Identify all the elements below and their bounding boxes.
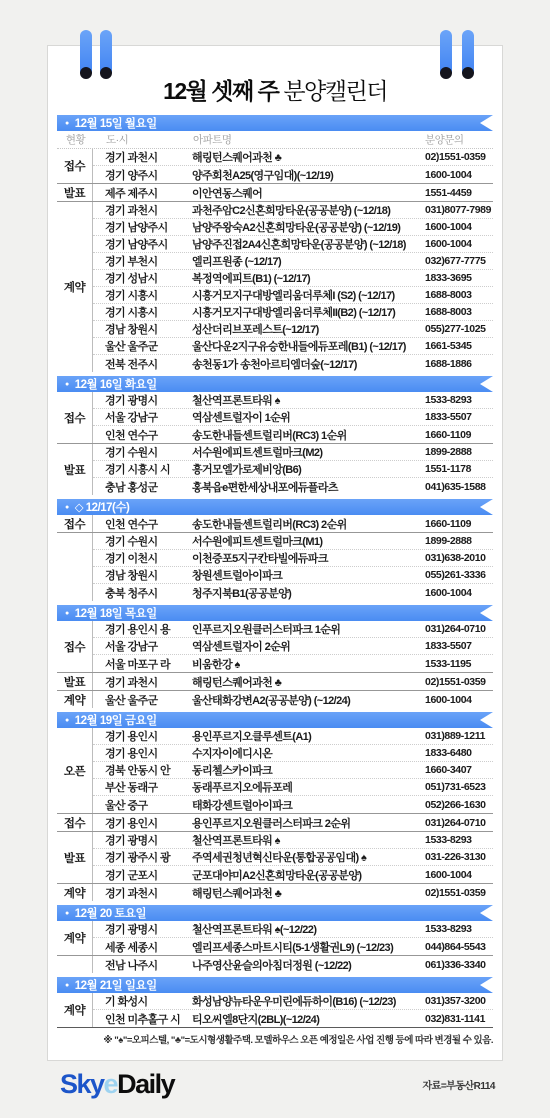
day-banner: ●12월 19일 금요일 xyxy=(57,712,493,728)
status-group: 접수경기 과천시해링턴스퀘어과천 ♣02)1551-0359경기 양주시양주회천… xyxy=(57,149,493,183)
day-label: 12월 16일 화요일 xyxy=(75,376,157,392)
phone-cell: 1661-5345 xyxy=(425,340,493,352)
city-cell: 경기 양주시 xyxy=(105,167,192,183)
listing-row: 경기 양주시양주회천A25(영구임대)(~12/19)1600-1004 xyxy=(93,166,493,183)
city-cell: 경기 광명시 xyxy=(105,921,192,937)
bullet-icon: ● xyxy=(65,717,69,724)
group-rows: 경기 수원시서수원에피트센트럴마크(M1)1899-2888경기 이천시이천증포… xyxy=(93,533,493,601)
city-cell: 경기 광주시 광 xyxy=(105,849,192,865)
day-section: ●12월 21일 일요일계약기 화성시화성남양뉴타운우미린에듀하이(B16) (… xyxy=(57,977,493,1027)
phone-cell: 055)261-3336 xyxy=(425,569,493,581)
apartment-cell: 수지자이에디시온 xyxy=(192,745,425,761)
column-apartment: 아파트명 xyxy=(193,132,425,147)
apartment-cell: 엘리프원종 (~12/17) xyxy=(192,253,425,269)
logo-sky: Sky xyxy=(60,1069,104,1099)
apartment-cell: 남양주진접2A4신혼희망타운(공공분양) (~12/18) xyxy=(192,236,425,252)
city-cell: 제주 제주시 xyxy=(105,185,192,201)
apartment-cell: 태화강센트럴아이파크 xyxy=(192,797,425,813)
city-cell: 경기 과천시 xyxy=(105,149,192,165)
group-rows: 경기 광명시철산역프론트타워 ♠(~12/22)1533-8293세종 세종시엘… xyxy=(93,921,493,955)
group-rows: 경기 과천시해링턴스퀘어과천 ♣02)1551-0359 xyxy=(93,884,493,901)
listing-row: 경기 남양주시남양주진접2A4신혼희망타운(공공분양) (~12/18)1600… xyxy=(93,236,493,253)
group-rows: 경기 용인시용인푸르지오원클러스터파크 2순위031)264-0710 xyxy=(93,814,493,831)
city-cell: 인천 미추홀구 시 xyxy=(105,1011,192,1027)
day-section: ●12월 19일 금요일오픈경기 용인시용인푸르지오클루센트(A1)031)88… xyxy=(57,712,493,901)
day-section: ●12월 16일 화요일접수경기 광명시철산역프론트타워 ♠1533-8293서… xyxy=(57,376,493,495)
listing-row: 경기 용인시수지자이에디시온1833-6480 xyxy=(93,745,493,762)
group-rows: 경기 수원시서수원에피트센트럴마크(M2)1899-2888경기 시흥시 시흥거… xyxy=(93,444,493,495)
apartment-cell: 송도한내들센트럴리버(RC3) 1순위 xyxy=(192,427,425,443)
group-rows: 전남 나주시나주영산윤슬의아침더정원 (~12/22)061)336-3340 xyxy=(93,956,493,973)
status-label: 계약 xyxy=(57,884,93,901)
status-group: 계약경기 과천시과천주암C2신혼희망타운(공공분양) (~12/18)031)8… xyxy=(57,201,493,372)
group-rows: 경기 용인시용인푸르지오클루센트(A1)031)889-1211경기 용인시수지… xyxy=(93,728,493,813)
listing-row: 경기 시흥시시흥거모지구대방엘리움더루체II(B2) (~12/17)1688-… xyxy=(93,304,493,321)
city-cell: 경기 남양주시 xyxy=(105,236,192,252)
listing-row: 서울 마포구 라비움한강 ♠1533-1195 xyxy=(93,655,493,672)
phone-cell: 031)638-2010 xyxy=(425,552,493,564)
day-label: 12월 20 토요일 xyxy=(75,905,146,921)
phone-cell: 1600-1004 xyxy=(425,869,493,881)
day-banner: ●12월 18일 목요일 xyxy=(57,605,493,621)
city-cell: 충북 청주시 xyxy=(105,585,192,601)
apartment-cell: 서수원에피트센트럴마크(M1) xyxy=(192,533,425,549)
phone-cell: 031)264-0710 xyxy=(425,623,493,635)
apartment-cell: 흥거모엘가로제비앙(B6) xyxy=(192,461,425,477)
apartment-cell: 용인푸르지오원클러스터파크 2순위 xyxy=(192,815,425,831)
status-group: 발표제주 제주시이안연동스퀘어1551-4459 xyxy=(57,183,493,201)
binder-clip-icon xyxy=(80,30,92,77)
city-cell: 경기 과천시 xyxy=(105,202,192,218)
city-cell: 경기 이천시 xyxy=(105,550,192,566)
status-group: 발표경기 과천시해링턴스퀘어과천 ♣02)1551-0359 xyxy=(57,672,493,690)
apartment-cell: 철산역프론트타워 ♠(~12/22) xyxy=(192,921,425,937)
day-banner: ●12월 16일 화요일 xyxy=(57,376,493,392)
phone-cell: 1833-3695 xyxy=(425,272,493,284)
city-cell: 경기 용인시 xyxy=(105,815,192,831)
city-cell: 울산 울주군 xyxy=(105,338,192,354)
phone-cell: 1899-2888 xyxy=(425,446,493,458)
skyedaily-logo: SkyeDaily xyxy=(60,1071,174,1098)
listing-row: 기 화성시화성남양뉴타운우미린에듀하이(B16) (~12/23)031)357… xyxy=(93,993,493,1010)
city-cell: 경기 부천시 xyxy=(105,253,192,269)
bullet-icon: ● xyxy=(65,610,69,617)
apartment-cell: 역삼센트럴자이 2순위 xyxy=(192,638,425,654)
city-cell: 경남 창원시 xyxy=(105,567,192,583)
bullet-icon: ● xyxy=(65,120,69,127)
city-cell: 경기 과천시 xyxy=(105,885,192,901)
phone-cell: 031)357-3200 xyxy=(425,995,493,1007)
listing-row: 울산 중구태화강센트럴아이파크052)266-1630 xyxy=(93,796,493,813)
apartment-cell: 성산더리브포레스트(~12/17) xyxy=(192,321,425,337)
apartment-cell: 시흥거모지구대방엘리움더루체II(B2) (~12/17) xyxy=(192,304,425,320)
status-group: 접수경기 용인시용인푸르지오원클러스터파크 2순위031)264-0710 xyxy=(57,813,493,831)
status-group: 접수경기 용인시 용인푸르지오원클러스터파크 1순위031)264-0710서울… xyxy=(57,621,493,672)
listing-row: 경기 광명시철산역프론트타워 ♠1533-8293 xyxy=(93,392,493,409)
phone-cell: 061)336-3340 xyxy=(425,959,493,971)
bullet-icon: ● xyxy=(65,381,69,388)
phone-cell: 1688-1886 xyxy=(425,358,493,370)
city-cell: 울산 울주군 xyxy=(105,692,192,708)
day-banner: ●12월 20 토요일 xyxy=(57,905,493,921)
city-cell: 충남 홍성군 xyxy=(105,479,192,495)
apartment-cell: 송도한내들센트럴리버(RC3) 2순위 xyxy=(192,516,425,532)
apartment-cell: 동래푸르지오에듀포레 xyxy=(192,779,425,795)
column-status: 현황 xyxy=(57,132,94,147)
status-label: 접수 xyxy=(57,149,93,183)
day-label: 12월 19일 금요일 xyxy=(75,712,157,728)
apartment-cell: 해링턴스퀘어과천 ♣ xyxy=(192,674,425,690)
group-rows: 인천 연수구송도한내들센트럴리버(RC3) 2순위1660-1109 xyxy=(93,515,493,532)
listing-row: 경북 안동시 안동리첼스카이파크1660-3407 xyxy=(93,762,493,779)
listing-row: 서울 강남구역삼센트럴자이 1순위1833-5507 xyxy=(93,409,493,426)
city-cell: 경기 광명시 xyxy=(105,832,192,848)
listing-row: 전북 전주시송천동1가 송천아르티엠더숲(~12/17)1688-1886 xyxy=(93,355,493,372)
apartment-cell: 철산역프론트타워 ♠ xyxy=(192,832,425,848)
status-group: 발표경기 광명시철산역프론트타워 ♠1533-8293경기 광주시 광주역세권청… xyxy=(57,831,493,883)
apartment-cell: 해링턴스퀘어과천 ♣ xyxy=(192,885,425,901)
day-section: ●12월 18일 목요일접수경기 용인시 용인푸르지오원클러스터파크 1순위03… xyxy=(57,605,493,708)
listing-row: 제주 제주시이안연동스퀘어1551-4459 xyxy=(93,184,493,201)
day-section: ●◇ 12/17(수)접수인천 연수구송도한내들센트럴리버(RC3) 2순위16… xyxy=(57,499,493,601)
apartment-cell: 철산역프론트타워 ♠ xyxy=(192,392,425,408)
phone-cell: 051)731-6523 xyxy=(425,781,493,793)
phone-cell: 041)635-1588 xyxy=(425,481,493,493)
binder-clip-icon xyxy=(462,30,474,77)
status-group: 오픈경기 용인시용인푸르지오클루센트(A1)031)889-1211경기 용인시… xyxy=(57,728,493,813)
phone-cell: 1660-1109 xyxy=(425,518,493,530)
city-cell: 경기 시흥시 xyxy=(105,287,192,303)
group-rows: 경기 과천시해링턴스퀘어과천 ♣02)1551-0359 xyxy=(93,673,493,690)
phone-cell: 02)1551-0359 xyxy=(425,887,493,899)
city-cell: 전북 전주시 xyxy=(105,356,192,372)
city-cell: 경기 용인시 xyxy=(105,745,192,761)
status-group: 계약울산 울주군울산태화강변A2(공공분양) (~12/24)1600-1004 xyxy=(57,690,493,708)
apartment-cell: 이천증포5지구칸타빌에듀파크 xyxy=(192,550,425,566)
apartment-cell: 서수원에피트센트럴마크(M2) xyxy=(192,444,425,460)
city-cell: 세종 세종시 xyxy=(105,939,192,955)
status-label: 접수 xyxy=(57,392,93,443)
day-label: 12월 18일 목요일 xyxy=(75,605,157,621)
apartment-cell: 나주영산윤슬의아침더정원 (~12/22) xyxy=(192,957,425,973)
apartment-cell: 양주회천A25(영구임대)(~12/19) xyxy=(192,167,425,183)
city-cell: 서울 마포구 라 xyxy=(105,656,192,672)
listing-row: 울산 울주군울산다운2지구유승한내들에듀포레(B1) (~12/17)1661-… xyxy=(93,338,493,355)
apartment-cell: 창원센트럴아이파크 xyxy=(192,567,425,583)
apartment-cell: 역삼센트럴자이 1순위 xyxy=(192,409,425,425)
listing-row: 부산 동래구동래푸르지오에듀포레051)731-6523 xyxy=(93,779,493,796)
phone-cell: 1660-1109 xyxy=(425,429,493,441)
city-cell: 경기 과천시 xyxy=(105,674,192,690)
group-rows: 경기 광명시철산역프론트타워 ♠1533-8293서울 강남구역삼센트럴자이 1… xyxy=(93,392,493,443)
apartment-cell: 청주지북B1(공공분양) xyxy=(192,585,425,601)
listing-row: 경기 이천시이천증포5지구칸타빌에듀파크031)638-2010 xyxy=(93,550,493,567)
phone-cell: 032)677-7775 xyxy=(425,255,493,267)
listing-row: 충북 청주시청주지북B1(공공분양)1600-1004 xyxy=(93,584,493,601)
phone-cell: 1551-1178 xyxy=(425,463,493,475)
phone-cell: 1600-1004 xyxy=(425,238,493,250)
listing-row: 경기 광주시 광주역세권청년혁신타운(통합공공임대) ♠031-226-3130 xyxy=(93,849,493,866)
apartment-cell: 홍북읍e편한세상내포에듀플라츠 xyxy=(192,479,425,495)
phone-cell: 1600-1004 xyxy=(425,169,493,181)
apartment-cell: 울산다운2지구유승한내들에듀포레(B1) (~12/17) xyxy=(192,338,425,354)
phone-cell: 052)266-1630 xyxy=(425,799,493,811)
footer: SkyeDaily 자료=부동산R114 xyxy=(47,1071,503,1098)
listing-row: 경기 광명시철산역프론트타워 ♠(~12/22)1533-8293 xyxy=(93,921,493,938)
logo-daily: Daily xyxy=(117,1069,174,1099)
apartment-cell: 비움한강 ♠ xyxy=(192,656,425,672)
footnote: ※ "♠"=오피스텔, "♣"=도시형생활주택. 모델하우스 오픈 예정일은 사… xyxy=(57,1027,493,1046)
city-cell: 경기 시흥시 xyxy=(105,304,192,320)
status-label: 발표 xyxy=(57,444,93,495)
phone-cell: 1833-5507 xyxy=(425,411,493,423)
status-group: 접수경기 광명시철산역프론트타워 ♠1533-8293서울 강남구역삼센트럴자이… xyxy=(57,392,493,443)
status-label: 계약 xyxy=(57,202,93,372)
phone-cell: 02)1551-0359 xyxy=(425,151,493,163)
bullet-icon: ● xyxy=(65,982,69,989)
listing-row: 경기 수원시서수원에피트센트럴마크(M2)1899-2888 xyxy=(93,444,493,461)
day-label: ◇ 12/17(수) xyxy=(75,499,130,515)
group-rows: 경기 용인시 용인푸르지오원클러스터파크 1순위031)264-0710서울 강… xyxy=(93,621,493,672)
phone-cell: 055)277-1025 xyxy=(425,323,493,335)
phone-cell: 1533-8293 xyxy=(425,394,493,406)
status-group: 계약경기 과천시해링턴스퀘어과천 ♣02)1551-0359 xyxy=(57,883,493,901)
phone-cell: 1533-8293 xyxy=(425,923,493,935)
apartment-cell: 해링턴스퀘어과천 ♣ xyxy=(192,149,425,165)
listing-row: 경기 과천시과천주암C2신혼희망타운(공공분양) (~12/18)031)807… xyxy=(93,202,493,219)
city-cell: 경기 남양주시 xyxy=(105,219,192,235)
group-rows: 경기 과천시해링턴스퀘어과천 ♣02)1551-0359경기 양주시양주회천A2… xyxy=(93,149,493,183)
status-label: 계약 xyxy=(57,993,93,1027)
status-group: 경기 수원시서수원에피트센트럴마크(M1)1899-2888경기 이천시이천증포… xyxy=(57,532,493,601)
city-cell: 인천 연수구 xyxy=(105,516,192,532)
group-rows: 기 화성시화성남양뉴타운우미린에듀하이(B16) (~12/23)031)357… xyxy=(93,993,493,1027)
city-cell: 부산 동래구 xyxy=(105,779,192,795)
listing-row: 경기 시흥시시흥거모지구대방엘리움더루체I (S2) (~12/17)1688-… xyxy=(93,287,493,304)
day-label: 12월 15일 월요일 xyxy=(75,115,157,131)
day-section: ●12월 15일 월요일현황도·시아파트명분양문의접수경기 과천시해링턴스퀘어과… xyxy=(57,115,493,372)
city-cell: 경기 시흥시 시 xyxy=(105,461,192,477)
phone-cell: 1533-8293 xyxy=(425,834,493,846)
apartment-cell: 이안연동스퀘어 xyxy=(192,185,425,201)
apartment-cell: 엘리프세종스마트시티(5-1생활권L9) (~12/23) xyxy=(192,939,425,955)
column-header-rest: 도·시아파트명분양문의 xyxy=(94,132,493,147)
status-group: 계약경기 광명시철산역프론트타워 ♠(~12/22)1533-8293세종 세종… xyxy=(57,921,493,955)
binder-clip-icon xyxy=(440,30,452,77)
listing-row: 경기 군포시군포대야미A2신혼희망타운(공공분양)1600-1004 xyxy=(93,866,493,883)
day-banner: ●◇ 12/17(수) xyxy=(57,499,493,515)
listing-row: 인천 연수구송도한내들센트럴리버(RC3) 1순위1660-1109 xyxy=(93,426,493,443)
city-cell: 경기 용인시 xyxy=(105,728,192,744)
status-label: 계약 xyxy=(57,921,93,955)
group-rows: 경기 광명시철산역프론트타워 ♠1533-8293경기 광주시 광주역세권청년혁… xyxy=(93,832,493,883)
group-rows: 제주 제주시이안연동스퀘어1551-4459 xyxy=(93,184,493,201)
logo-e-icon: e xyxy=(104,1069,118,1099)
status-group: 발표경기 수원시서수원에피트센트럴마크(M2)1899-2888경기 시흥시 시… xyxy=(57,443,493,495)
city-cell: 인천 연수구 xyxy=(105,427,192,443)
listing-row: 경기 부천시엘리프원종 (~12/17)032)677-7775 xyxy=(93,253,493,270)
day-section: ●12월 20 토요일계약경기 광명시철산역프론트타워 ♠(~12/22)153… xyxy=(57,905,493,973)
status-label: 발표 xyxy=(57,832,93,883)
calendar-body: ●12월 15일 월요일현황도·시아파트명분양문의접수경기 과천시해링턴스퀘어과… xyxy=(57,115,493,1027)
status-label: 접수 xyxy=(57,515,93,532)
status-label: 접수 xyxy=(57,814,93,831)
listing-row: 경기 수원시서수원에피트센트럴마크(M1)1899-2888 xyxy=(93,533,493,550)
apartment-cell: 인푸르지오원클러스터파크 1순위 xyxy=(192,621,425,637)
apartment-cell: 시흥거모지구대방엘리움더루체I (S2) (~12/17) xyxy=(192,287,425,303)
phone-cell: 1600-1004 xyxy=(425,221,493,233)
city-cell: 경기 성남시 xyxy=(105,270,192,286)
status-label xyxy=(57,956,93,973)
day-banner: ●12월 15일 월요일 xyxy=(57,115,493,131)
listing-row: 인천 연수구송도한내들센트럴리버(RC3) 2순위1660-1109 xyxy=(93,515,493,532)
listing-row: 서울 강남구역삼센트럴자이 2순위1833-5507 xyxy=(93,638,493,655)
phone-cell: 1551-4459 xyxy=(425,187,493,199)
phone-cell: 1660-3407 xyxy=(425,764,493,776)
status-group: 접수인천 연수구송도한내들센트럴리버(RC3) 2순위1660-1109 xyxy=(57,515,493,532)
listing-row: 경기 남양주시남양주왕숙A2신혼희망타운(공공분양) (~12/19)1600-… xyxy=(93,219,493,236)
title-rest: 분양캘린더 xyxy=(283,78,387,104)
city-cell: 서울 강남구 xyxy=(105,638,192,654)
apartment-cell: 동리첼스카이파크 xyxy=(192,762,425,778)
city-cell: 경기 수원시 xyxy=(105,444,192,460)
phone-cell: 031)889-1211 xyxy=(425,730,493,742)
day-label: 12월 21일 일요일 xyxy=(75,977,157,993)
apartment-cell: 주역세권청년혁신타운(통합공공임대) ♠ xyxy=(192,849,425,865)
bullet-icon: ● xyxy=(65,504,69,511)
listing-row: 경기 용인시용인푸르지오원클러스터파크 2순위031)264-0710 xyxy=(93,814,493,831)
listing-row: 경남 창원시성산더리브포레스트(~12/17)055)277-1025 xyxy=(93,321,493,338)
phone-cell: 1833-5507 xyxy=(425,640,493,652)
apartment-cell: 용인푸르지오클루센트(A1) xyxy=(192,728,425,744)
group-rows: 울산 울주군울산태화강변A2(공공분양) (~12/24)1600-1004 xyxy=(93,691,493,708)
city-cell: 전남 나주시 xyxy=(105,957,192,973)
status-label: 발표 xyxy=(57,184,93,201)
apartment-cell: 군포대야미A2신혼희망타운(공공분양) xyxy=(192,867,425,883)
listing-row: 경남 창원시창원센트럴아이파크055)261-3336 xyxy=(93,567,493,584)
phone-cell: 1688-8003 xyxy=(425,306,493,318)
city-cell: 경북 안동시 안 xyxy=(105,762,192,778)
listing-row: 세종 세종시엘리프세종스마트시티(5-1생활권L9) (~12/23)044)8… xyxy=(93,938,493,955)
listing-row: 전남 나주시나주영산윤슬의아침더정원 (~12/22)061)336-3340 xyxy=(93,956,493,973)
source-credit: 자료=부동산R114 xyxy=(423,1077,496,1092)
city-cell: 경기 용인시 용 xyxy=(105,621,192,637)
status-label: 발표 xyxy=(57,673,93,690)
phone-cell: 1899-2888 xyxy=(425,535,493,547)
phone-cell: 1833-6480 xyxy=(425,747,493,759)
apartment-cell: 티오씨엘8단지(2BL)(~12/24) xyxy=(192,1011,425,1027)
apartment-cell: 과천주암C2신혼희망타운(공공분양) (~12/18) xyxy=(192,202,425,218)
phone-cell: 1688-8003 xyxy=(425,289,493,301)
day-banner: ●12월 21일 일요일 xyxy=(57,977,493,993)
status-label: 오픈 xyxy=(57,728,93,813)
city-cell: 경남 창원시 xyxy=(105,321,192,337)
listing-row: 울산 울주군울산태화강변A2(공공분양) (~12/24)1600-1004 xyxy=(93,691,493,708)
status-label: 접수 xyxy=(57,621,93,672)
column-header-row: 현황도·시아파트명분양문의 xyxy=(57,131,493,149)
apartment-cell: 화성남양뉴타운우미린에듀하이(B16) (~12/23) xyxy=(192,993,425,1009)
status-label: 계약 xyxy=(57,691,93,708)
listing-row: 경기 과천시해링턴스퀘어과천 ♣02)1551-0359 xyxy=(93,884,493,901)
listing-row: 충남 홍성군홍북읍e편한세상내포에듀플라츠041)635-1588 xyxy=(93,478,493,495)
column-contact: 분양문의 xyxy=(425,132,493,147)
apartment-cell: 복정역에피트(B1) (~12/17) xyxy=(192,270,425,286)
listing-row: 경기 광명시철산역프론트타워 ♠1533-8293 xyxy=(93,832,493,849)
phone-cell: 031)264-0710 xyxy=(425,817,493,829)
status-label xyxy=(57,533,93,601)
phone-cell: 031)8077-7989 xyxy=(425,204,493,216)
apartment-cell: 남양주왕숙A2신혼희망타운(공공분양) (~12/19) xyxy=(192,219,425,235)
phone-cell: 032)831-1141 xyxy=(425,1013,493,1025)
city-cell: 기 화성시 xyxy=(105,993,192,1009)
phone-cell: 1533-1195 xyxy=(425,658,493,670)
phone-cell: 1600-1004 xyxy=(425,694,493,706)
apartment-cell: 울산태화강변A2(공공분양) (~12/24) xyxy=(192,692,425,708)
page-title: 12월 셋째 주분양캘린더 xyxy=(57,73,493,106)
city-cell: 경기 광명시 xyxy=(105,392,192,408)
phone-cell: 02)1551-0359 xyxy=(425,676,493,688)
binder-clip-icon xyxy=(100,30,112,77)
listing-row: 경기 과천시해링턴스퀘어과천 ♣02)1551-0359 xyxy=(93,149,493,166)
bullet-icon: ● xyxy=(65,910,69,917)
status-group: 전남 나주시나주영산윤슬의아침더정원 (~12/22)061)336-3340 xyxy=(57,955,493,973)
city-cell: 경기 군포시 xyxy=(105,867,192,883)
listing-row: 경기 용인시 용인푸르지오원클러스터파크 1순위031)264-0710 xyxy=(93,621,493,638)
infographic-page: 12월 셋째 주분양캘린더 ●12월 15일 월요일현황도·시아파트명분양문의접… xyxy=(0,0,550,1118)
city-cell: 서울 강남구 xyxy=(105,409,192,425)
listing-row: 경기 용인시용인푸르지오클루센트(A1)031)889-1211 xyxy=(93,728,493,745)
city-cell: 울산 중구 xyxy=(105,797,192,813)
apartment-cell: 송천동1가 송천아르티엠더숲(~12/17) xyxy=(192,356,425,372)
city-cell: 경기 수원시 xyxy=(105,533,192,549)
listing-row: 경기 과천시해링턴스퀘어과천 ♣02)1551-0359 xyxy=(93,673,493,690)
column-city: 도·시 xyxy=(106,132,193,147)
phone-cell: 044)864-5543 xyxy=(425,941,493,953)
title-week: 12월 셋째 주 xyxy=(163,78,278,104)
group-rows: 경기 과천시과천주암C2신혼희망타운(공공분양) (~12/18)031)807… xyxy=(93,202,493,372)
phone-cell: 1600-1004 xyxy=(425,587,493,599)
phone-cell: 031-226-3130 xyxy=(425,851,493,863)
listing-row: 경기 성남시복정역에피트(B1) (~12/17)1833-3695 xyxy=(93,270,493,287)
listing-row: 경기 시흥시 시흥거모엘가로제비앙(B6)1551-1178 xyxy=(93,461,493,478)
calendar-card: 12월 셋째 주분양캘린더 ●12월 15일 월요일현황도·시아파트명분양문의접… xyxy=(47,45,503,1061)
status-group: 계약기 화성시화성남양뉴타운우미린에듀하이(B16) (~12/23)031)3… xyxy=(57,993,493,1027)
listing-row: 인천 미추홀구 시티오씨엘8단지(2BL)(~12/24)032)831-114… xyxy=(93,1010,493,1027)
